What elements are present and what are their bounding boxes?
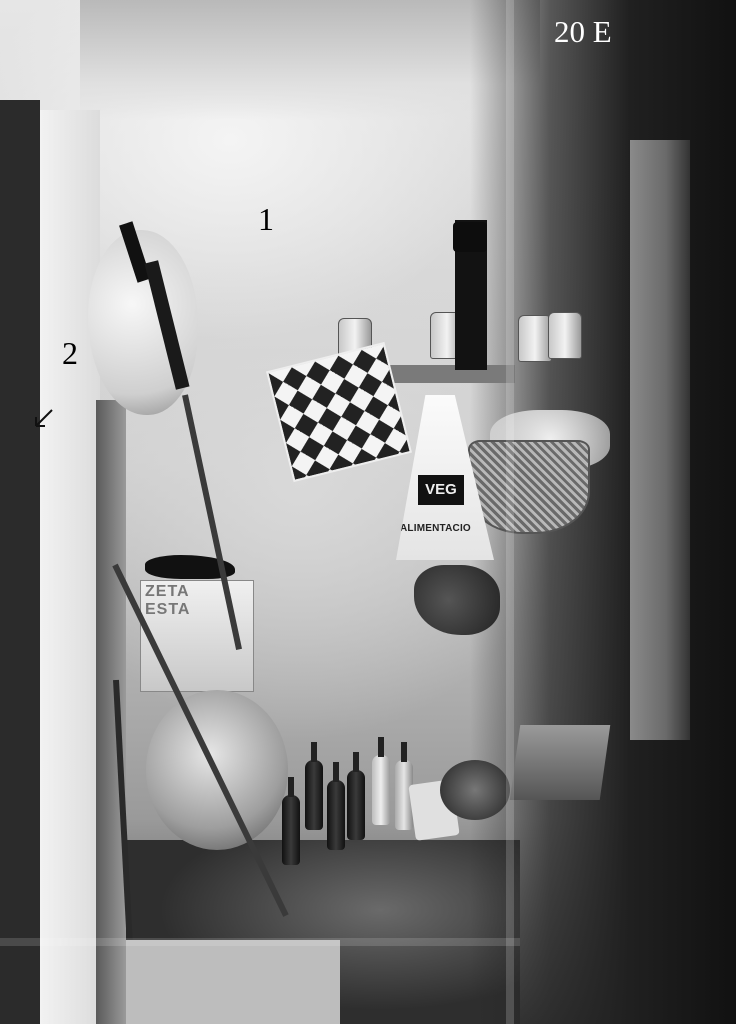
handsaw-handle [453, 222, 487, 252]
annotation-2: 2 [62, 337, 78, 369]
box-print-line-1: ZETA [145, 583, 190, 600]
floor-step [120, 940, 340, 1024]
bottle [282, 795, 300, 865]
bottle [327, 780, 345, 850]
left-wall-shadow [96, 400, 126, 1024]
bag-subtitle: ALIMENTACIO [400, 523, 490, 534]
bottle [372, 755, 390, 825]
tin-can [548, 312, 582, 359]
bottle [347, 770, 365, 840]
cellar-photograph: VEG ALIMENTACIO ZETA ESTA 20 E 1 2 [0, 0, 736, 1024]
plate-label: 20 E [554, 16, 612, 47]
bottle [305, 760, 323, 830]
box-print: ZETA ESTA [145, 583, 190, 619]
bag-logo: VEG [418, 475, 464, 505]
left-wall-edge [0, 100, 40, 1024]
print-seam [506, 0, 514, 1024]
wicker-basket [468, 440, 590, 534]
dark-bowl [440, 760, 510, 820]
left-wall [40, 110, 100, 1024]
tin-can [518, 315, 552, 362]
print-seam-horizontal [0, 938, 520, 946]
annotation-1: 1 [258, 203, 274, 235]
door-frame [630, 140, 690, 740]
box-print-line-2: ESTA [145, 601, 190, 618]
arrow-icon [32, 406, 56, 430]
small-crate [510, 725, 611, 800]
